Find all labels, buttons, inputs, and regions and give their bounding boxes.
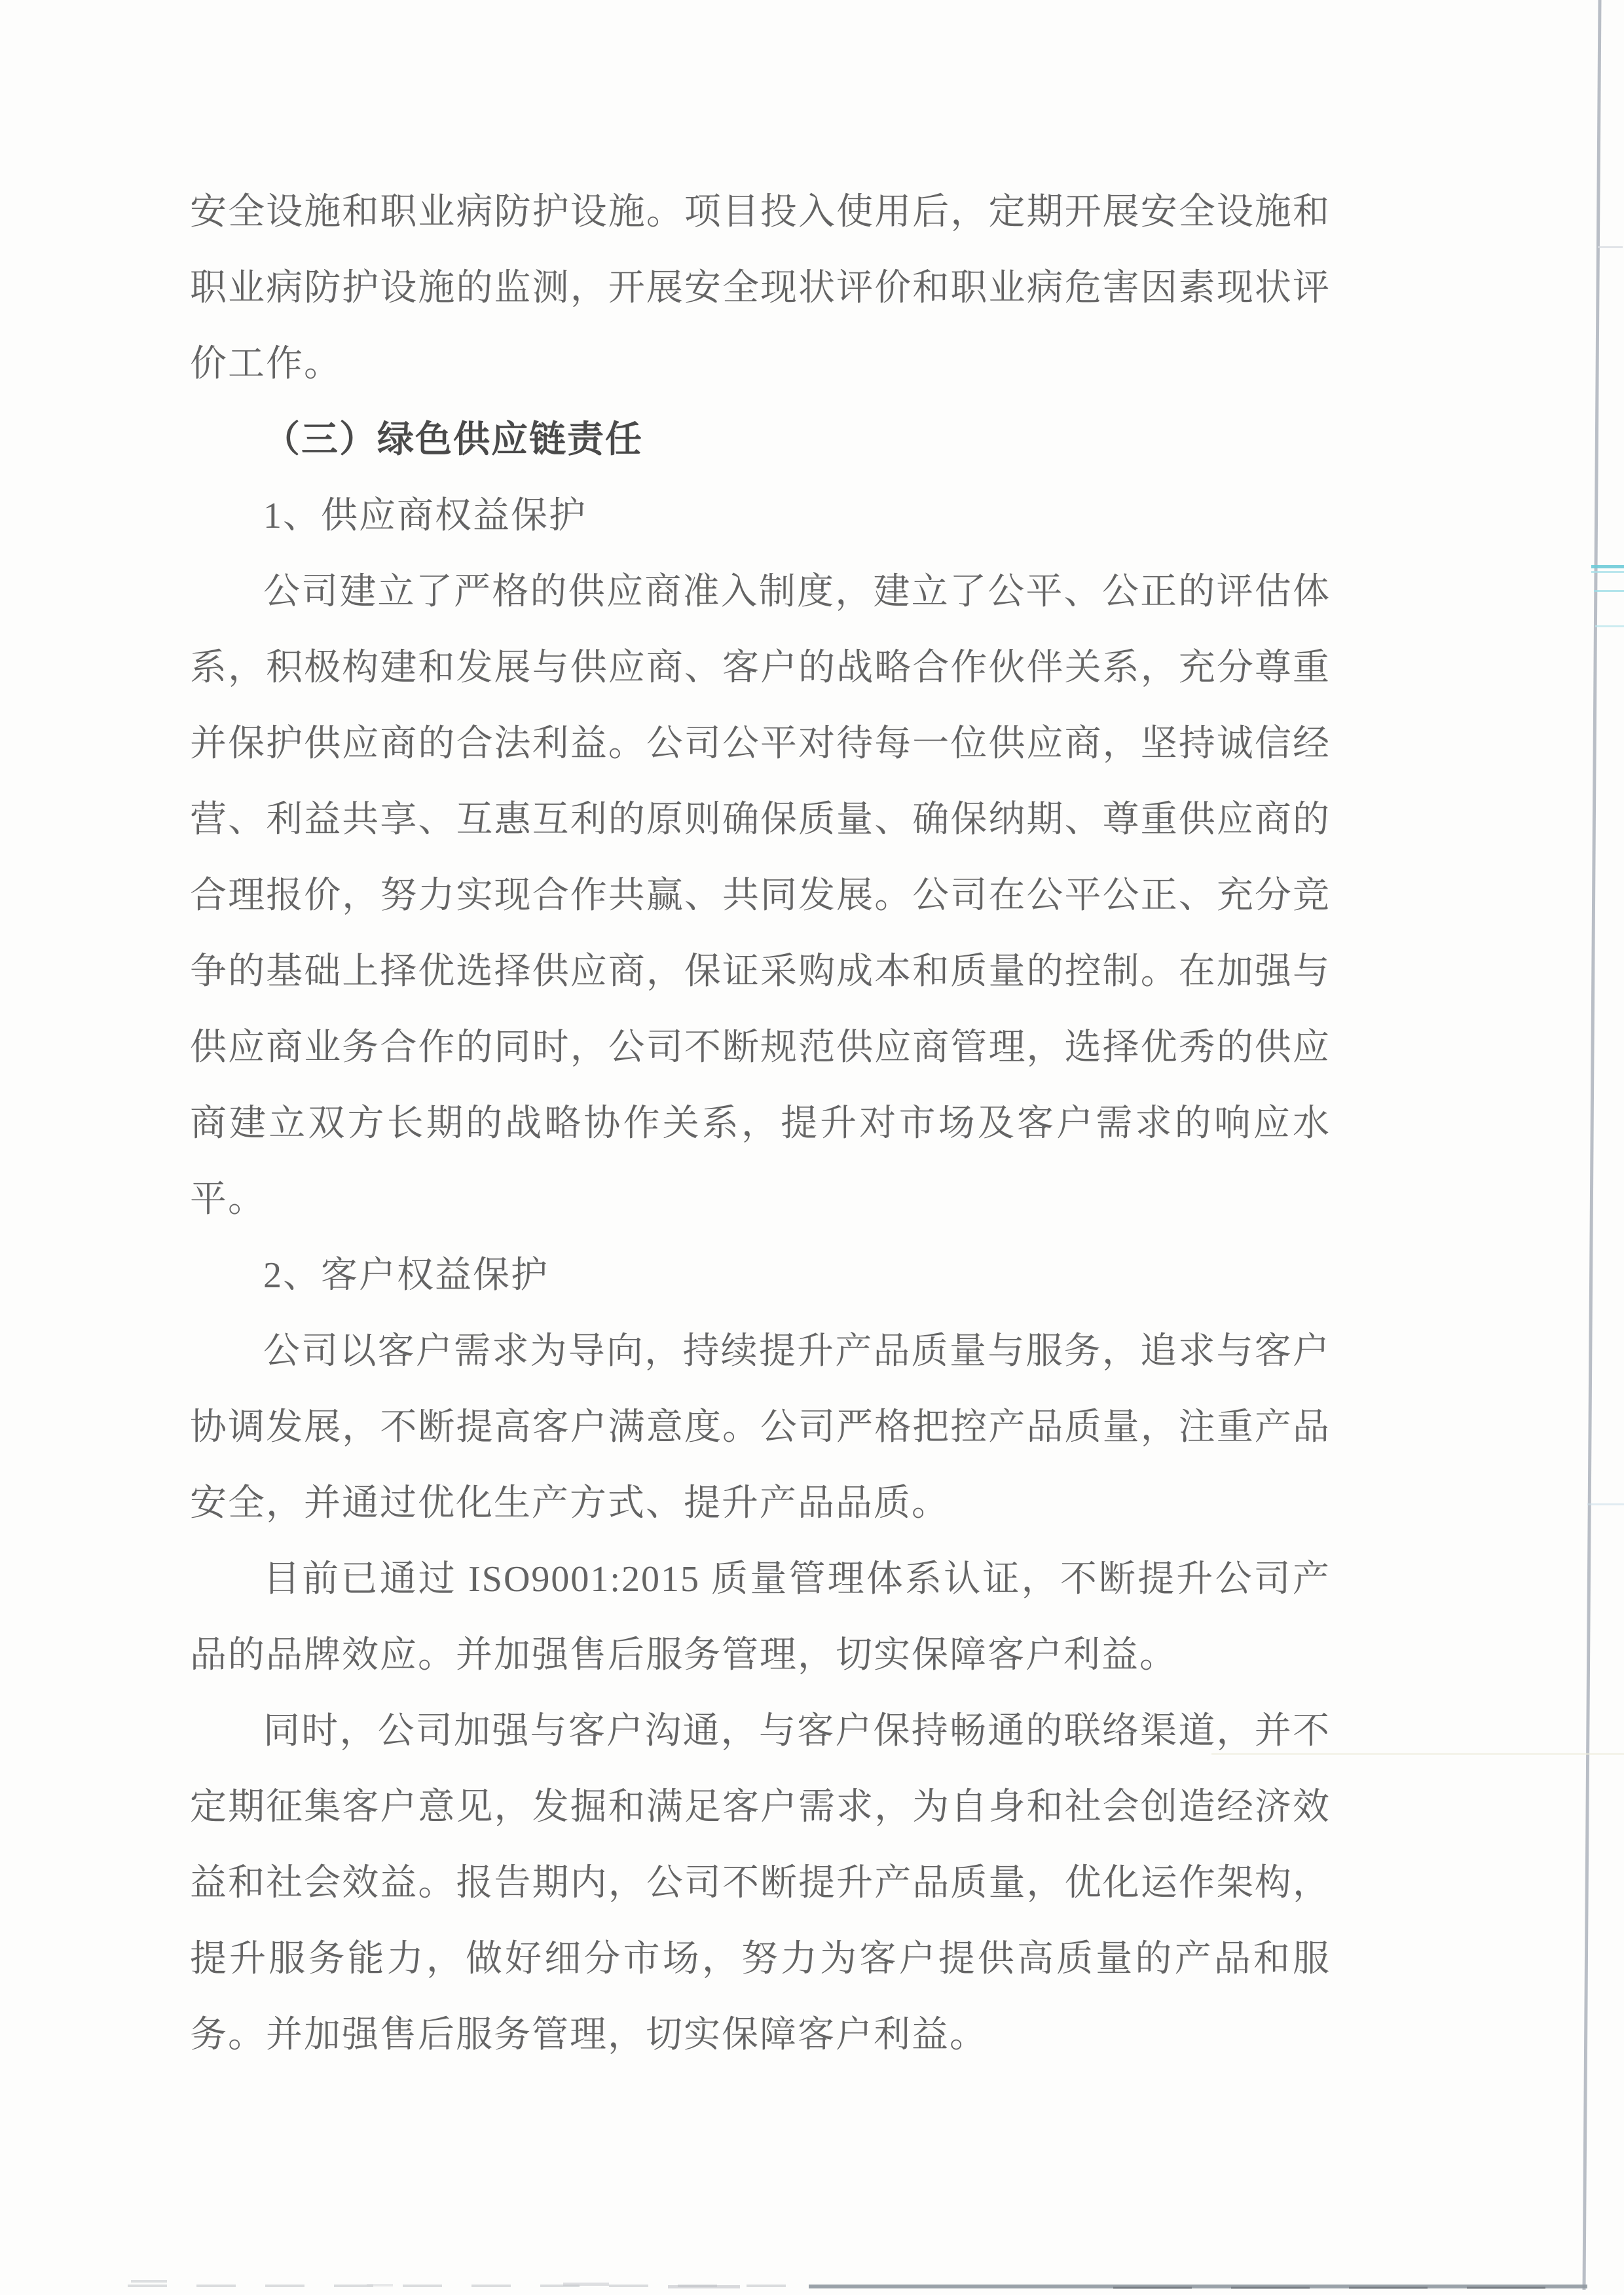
scan-artifact-smudge-1 <box>131 2280 167 2283</box>
scan-artifact-gray-tick <box>1598 246 1623 248</box>
scan-artifact-cyan-line-3 <box>1595 625 1624 627</box>
paragraph-iso-certification: 目前已通过 ISO9001:2015 质量管理体系认证，不断提升公司产品的品牌效… <box>190 1541 1331 1693</box>
subsection-heading-supplier-rights: 1、供应商权益保护 <box>190 478 1331 554</box>
document-text-block: 安全设施和职业病防护设施。项目投入使用后，定期开展安全设施和职业病防护设施的监测… <box>190 174 1331 2073</box>
document-page: 安全设施和职业病防护设施。项目投入使用后，定期开展安全设施和职业病防护设施的监测… <box>0 0 1624 2295</box>
page-fold-line <box>1584 0 1600 2290</box>
scan-artifact-cyan-line-1b <box>1591 571 1624 573</box>
paragraph-customer-communication: 同时，公司加强与客户沟通，与客户保持畅通的联络渠道，并不定期征集客户意见，发掘和… <box>190 1693 1331 2073</box>
scan-artifact-smudge-3 <box>563 2283 609 2286</box>
section-heading: （三）绿色供应链责任 <box>190 402 1331 478</box>
scan-artifact-cyan-line-2 <box>1594 590 1624 592</box>
paragraph-continuation: 安全设施和职业病防护设施。项目投入使用后，定期开展安全设施和职业病防护设施的监测… <box>190 174 1331 402</box>
paragraph-customer-orientation: 公司以客户需求为导向，持续提升产品质量与服务，追求与客户协调发展，不断提高客户满… <box>190 1313 1331 1541</box>
scan-artifact-cyan-line-1 <box>1591 565 1624 568</box>
paragraph-supplier-rights: 公司建立了严格的供应商准入制度，建立了公平、公正的评估体系，积极构建和发展与供应… <box>190 554 1331 1238</box>
scan-artifact-faint-line-1 <box>1587 1503 1624 1505</box>
subsection-heading-customer-rights: 2、客户权益保护 <box>190 1238 1331 1313</box>
scan-artifact-smudge-2 <box>367 2284 393 2286</box>
scan-artifact-smudge-4 <box>668 2285 740 2288</box>
